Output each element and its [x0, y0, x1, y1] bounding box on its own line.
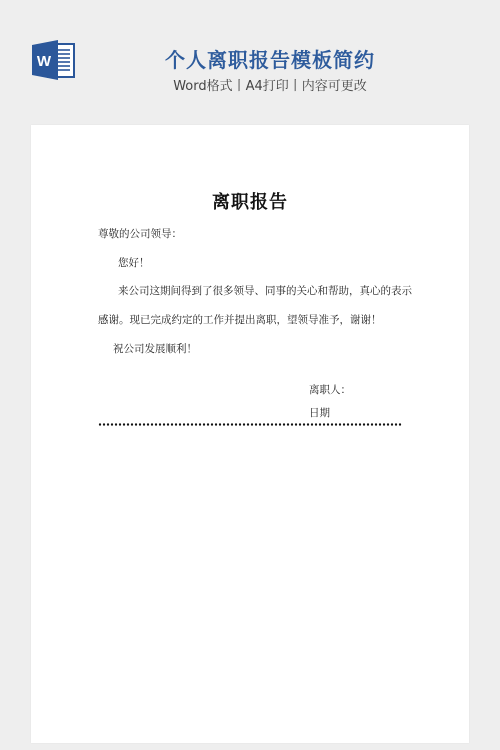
dotted-divider [98, 423, 402, 426]
document-title: 离职报告 [31, 188, 469, 214]
greeting: 您好！ [118, 255, 150, 270]
page-subtitle: Word格式丨A4打印丨内容可更改 [0, 75, 500, 94]
document-page: 离职报告 尊敬的公司领导： 您好！ 来公司这期间得到了很多领导、同事的关心和帮助… [31, 125, 469, 743]
closing-line: 祝公司发展顺利！ [113, 341, 197, 356]
body-line-2: 感谢。现已完成约定的工作并提出离职，望领导准予，谢谢！ [98, 312, 382, 327]
signature-label: 离职人： [309, 382, 351, 397]
page-title: 个人离职报告模板简约 [0, 44, 500, 73]
body-line-1: 来公司这期间得到了很多领导、同事的关心和帮助，真心的表示 [118, 283, 412, 298]
date-label: 日期 [309, 405, 330, 420]
salutation: 尊敬的公司领导： [98, 226, 182, 241]
page-header: W 个人离职报告模板简约 Word格式丨A4打印丨内容可更改 [0, 0, 500, 120]
